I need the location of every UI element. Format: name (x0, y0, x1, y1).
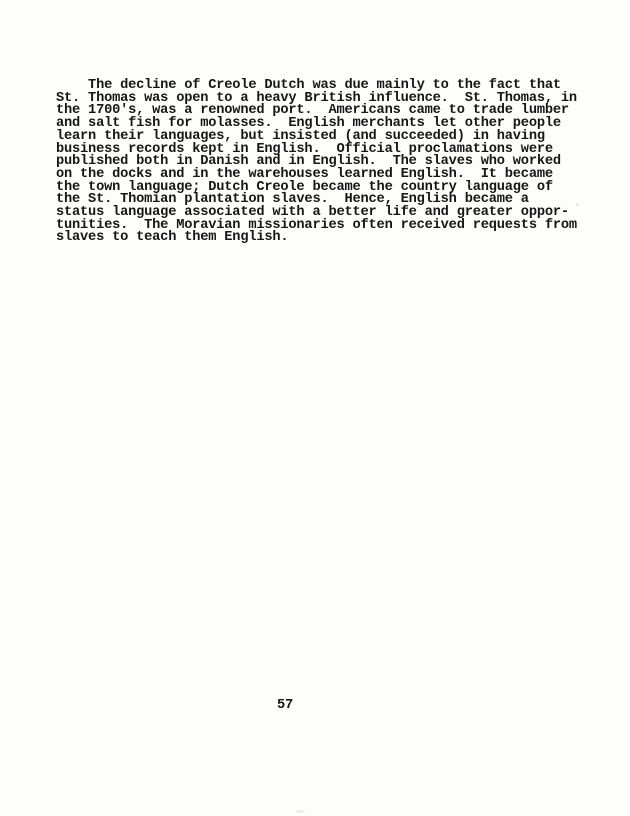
paragraph-line: slaves to teach them English. (56, 232, 577, 245)
page-number: 57 (277, 699, 293, 713)
scan-speck (576, 203, 579, 206)
scanned-document-page: The decline of Creole Dutch was due main… (0, 0, 630, 816)
scan-speck (296, 810, 305, 813)
body-paragraph: The decline of Creole Dutch was due main… (56, 80, 577, 245)
scan-speck (469, 183, 472, 185)
